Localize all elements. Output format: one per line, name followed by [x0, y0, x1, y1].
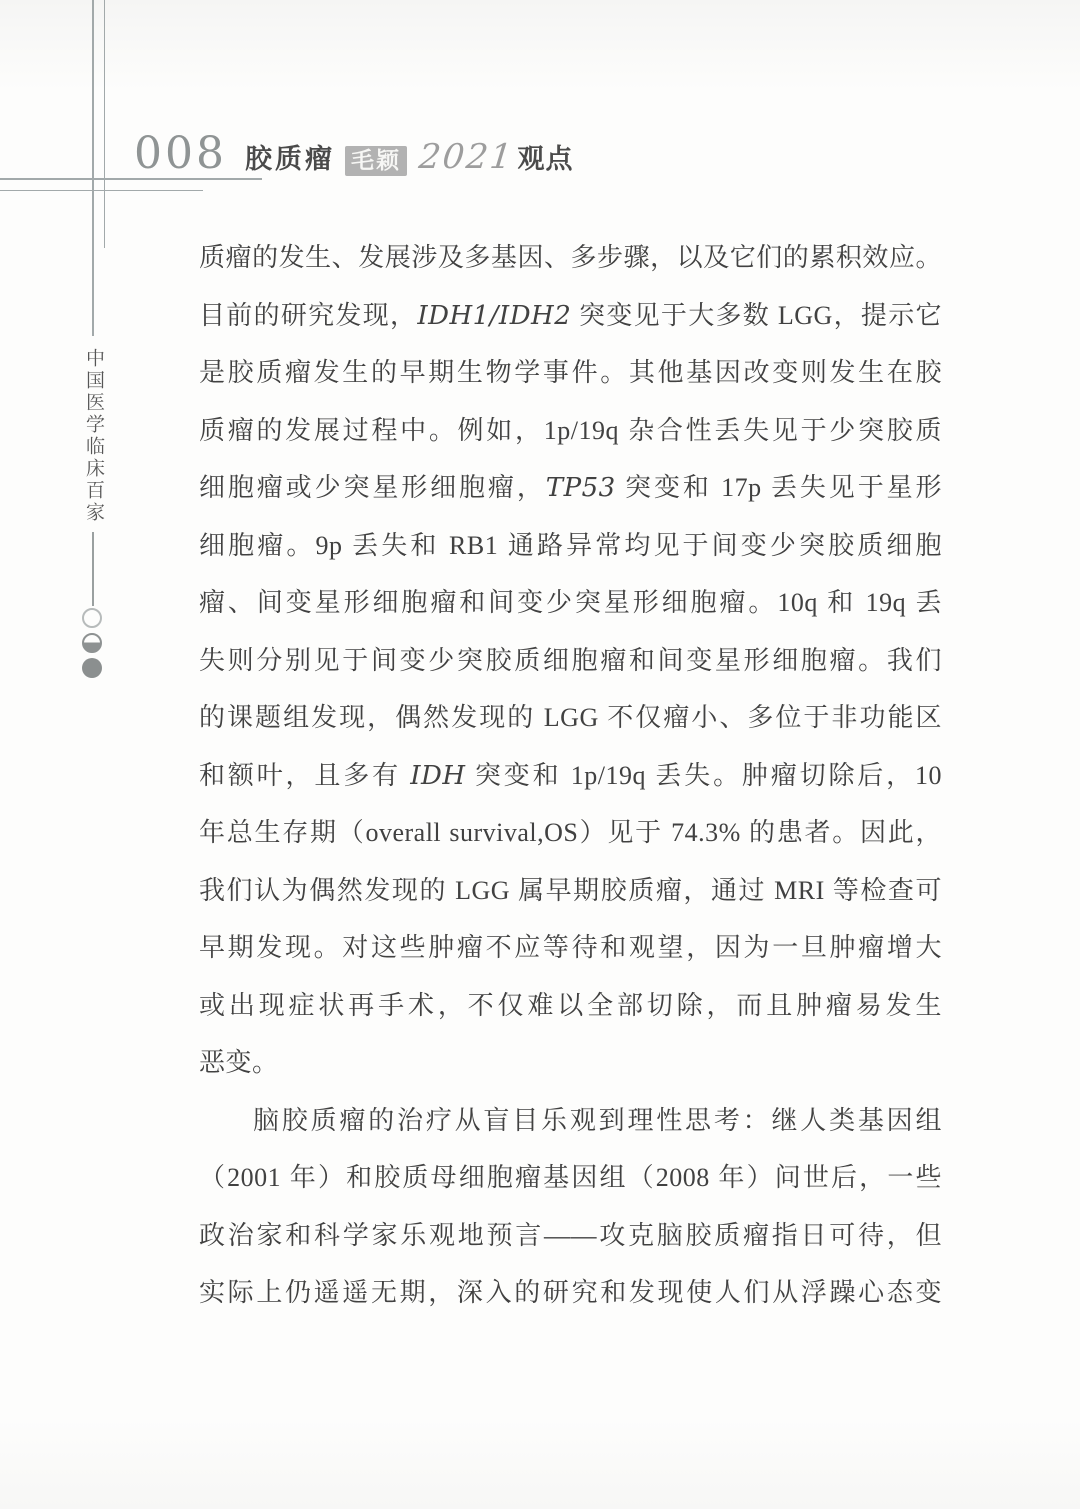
- body-line: 恶变。: [199, 1034, 942, 1092]
- circle-filled-icon: [82, 658, 102, 678]
- circle-outline-icon: [82, 608, 102, 628]
- book-page: 008 胶质瘤 毛颖 2021 观点 中国医学临床百家 质瘤的发生、发展涉及多基…: [0, 0, 1080, 1509]
- body-line: 实际上仍遥遥无期，深入的研究和发现使人们从浮躁心态变: [199, 1264, 942, 1322]
- body-line-text: 脑胶质瘤的治疗从盲目乐观到理性思考：继人类基因组: [253, 1106, 942, 1135]
- body-line: 细胞瘤或少突星形细胞瘤，TP53 突变和 17p 丢失见于星形: [199, 459, 942, 517]
- body-text: 质瘤的发生、发展涉及多基因、多步骤，以及它们的累积效应。目前的研究发现，IDH1…: [199, 229, 942, 1322]
- body-line-text: 突变和 17p 丢失见于星形: [616, 473, 942, 502]
- edition-year-script: 2021: [417, 137, 516, 177]
- body-line-text: 突变和 1p/19q 丢失。肿瘤切除后，10: [466, 761, 942, 790]
- author-badge: 毛颖: [345, 146, 407, 176]
- body-line: 的课题组发现，偶然发现的 LGG 不仅瘤小、多位于非功能区: [199, 689, 942, 747]
- body-line-text: 质瘤的发生、发展涉及多基因、多步骤，以及它们的累积效应。: [199, 243, 942, 272]
- body-line: 和额叶，且多有 IDH 突变和 1p/19q 丢失。肿瘤切除后，10: [199, 747, 942, 805]
- body-line-text: 我们认为偶然发现的 LGG 属早期胶质瘤，通过 MRI 等检查可: [199, 876, 942, 905]
- body-line-text: 年总生存期（overall survival,OS）见于 74.3% 的患者。因…: [199, 818, 942, 847]
- edition-suffix: 观点: [518, 137, 574, 176]
- body-line-text: 失则分别见于间变少突胶质细胞瘤和间变星形细胞瘤。我们: [199, 646, 942, 675]
- body-line: 瘤、间变星形细胞瘤和间变少突星形细胞瘤。10q 和 19q 丢: [199, 574, 942, 632]
- header-rule-bottom: [0, 190, 203, 191]
- body-line: 失则分别见于间变少突胶质细胞瘤和间变星形细胞瘤。我们: [199, 632, 942, 690]
- body-line: （2001 年）和胶质母细胞瘤基因组（2008 年）问世后，一些: [199, 1149, 942, 1207]
- body-line-text: 和额叶，且多有: [199, 761, 410, 790]
- circle-half-icon: [82, 633, 102, 653]
- body-line-text: 目前的研究发现，: [199, 301, 417, 330]
- page-header: 008 胶质瘤 毛颖 2021 观点: [134, 132, 574, 178]
- body-line-text: 细胞瘤。9p 丢失和 RB1 通路异常均见于间变少突胶质细胞: [199, 531, 942, 560]
- body-line-text: 瘤、间变星形细胞瘤和间变少突星形细胞瘤。10q 和 19q 丢: [199, 588, 942, 617]
- body-line: 政治家和科学家乐观地预言——攻克脑胶质瘤指日可待，但: [199, 1207, 942, 1265]
- body-line-text: （2001 年）和胶质母细胞瘤基因组（2008 年）问世后，一些: [199, 1163, 942, 1192]
- body-line-text: 质瘤的发展过程中。例如，1p/19q 杂合性丢失见于少突胶质: [199, 416, 942, 445]
- body-line: 细胞瘤。9p 丢失和 RB1 通路异常均见于间变少突胶质细胞: [199, 517, 942, 575]
- body-line: 年总生存期（overall survival,OS）见于 74.3% 的患者。因…: [199, 804, 942, 862]
- body-line: 目前的研究发现，IDH1/IDH2 突变见于大多数 LGG，提示它: [199, 287, 942, 345]
- body-line: 质瘤的发生、发展涉及多基因、多步骤，以及它们的累积效应。: [199, 229, 942, 287]
- body-line-text: 是胶质瘤发生的早期生物学事件。其他基因改变则发生在胶: [199, 358, 942, 387]
- decor-vertical-rule-long: [92, 0, 94, 336]
- gene-symbol-italic: IDH: [410, 761, 465, 791]
- body-line: 是胶质瘤发生的早期生物学事件。其他基因改变则发生在胶: [199, 344, 942, 402]
- body-line: 我们认为偶然发现的 LGG 属早期胶质瘤，通过 MRI 等检查可: [199, 862, 942, 920]
- gene-symbol-italic: IDH1/IDH2: [417, 301, 571, 331]
- body-line-text: 细胞瘤或少突星形细胞瘤，: [199, 473, 546, 502]
- body-line-text: 恶变。: [199, 1048, 279, 1077]
- body-line-text: 早期发现。对这些肿瘤不应等待和观望，因为一旦肿瘤增大: [199, 933, 942, 962]
- body-line: 或出现症状再手术，不仅难以全部切除，而且肿瘤易发生: [199, 977, 942, 1035]
- book-title: 胶质瘤: [245, 137, 335, 176]
- body-line-text: 突变见于大多数 LGG，提示它: [571, 301, 942, 330]
- sidebar-markers: [82, 608, 104, 678]
- body-line-text: 的课题组发现，偶然发现的 LGG 不仅瘤小、多位于非功能区: [199, 703, 942, 732]
- body-line: 脑胶质瘤的治疗从盲目乐观到理性思考：继人类基因组: [199, 1092, 942, 1150]
- body-line: 早期发现。对这些肿瘤不应等待和观望，因为一旦肿瘤增大: [199, 919, 942, 977]
- body-line-text: 或出现症状再手术，不仅难以全部切除，而且肿瘤易发生: [199, 991, 942, 1020]
- body-line: 质瘤的发展过程中。例如，1p/19q 杂合性丢失见于少突胶质: [199, 402, 942, 460]
- body-line-text: 政治家和科学家乐观地预言——攻克脑胶质瘤指日可待，但: [199, 1221, 942, 1250]
- body-line-text: 实际上仍遥遥无期，深入的研究和发现使人们从浮躁心态变: [199, 1278, 942, 1307]
- page-number: 008: [134, 132, 227, 176]
- sidebar-rule: [92, 532, 94, 606]
- gene-symbol-italic: TP53: [546, 473, 616, 503]
- series-title-vertical: 中国医学临床百家: [80, 348, 107, 538]
- decor-vertical-rule-short: [104, 0, 105, 248]
